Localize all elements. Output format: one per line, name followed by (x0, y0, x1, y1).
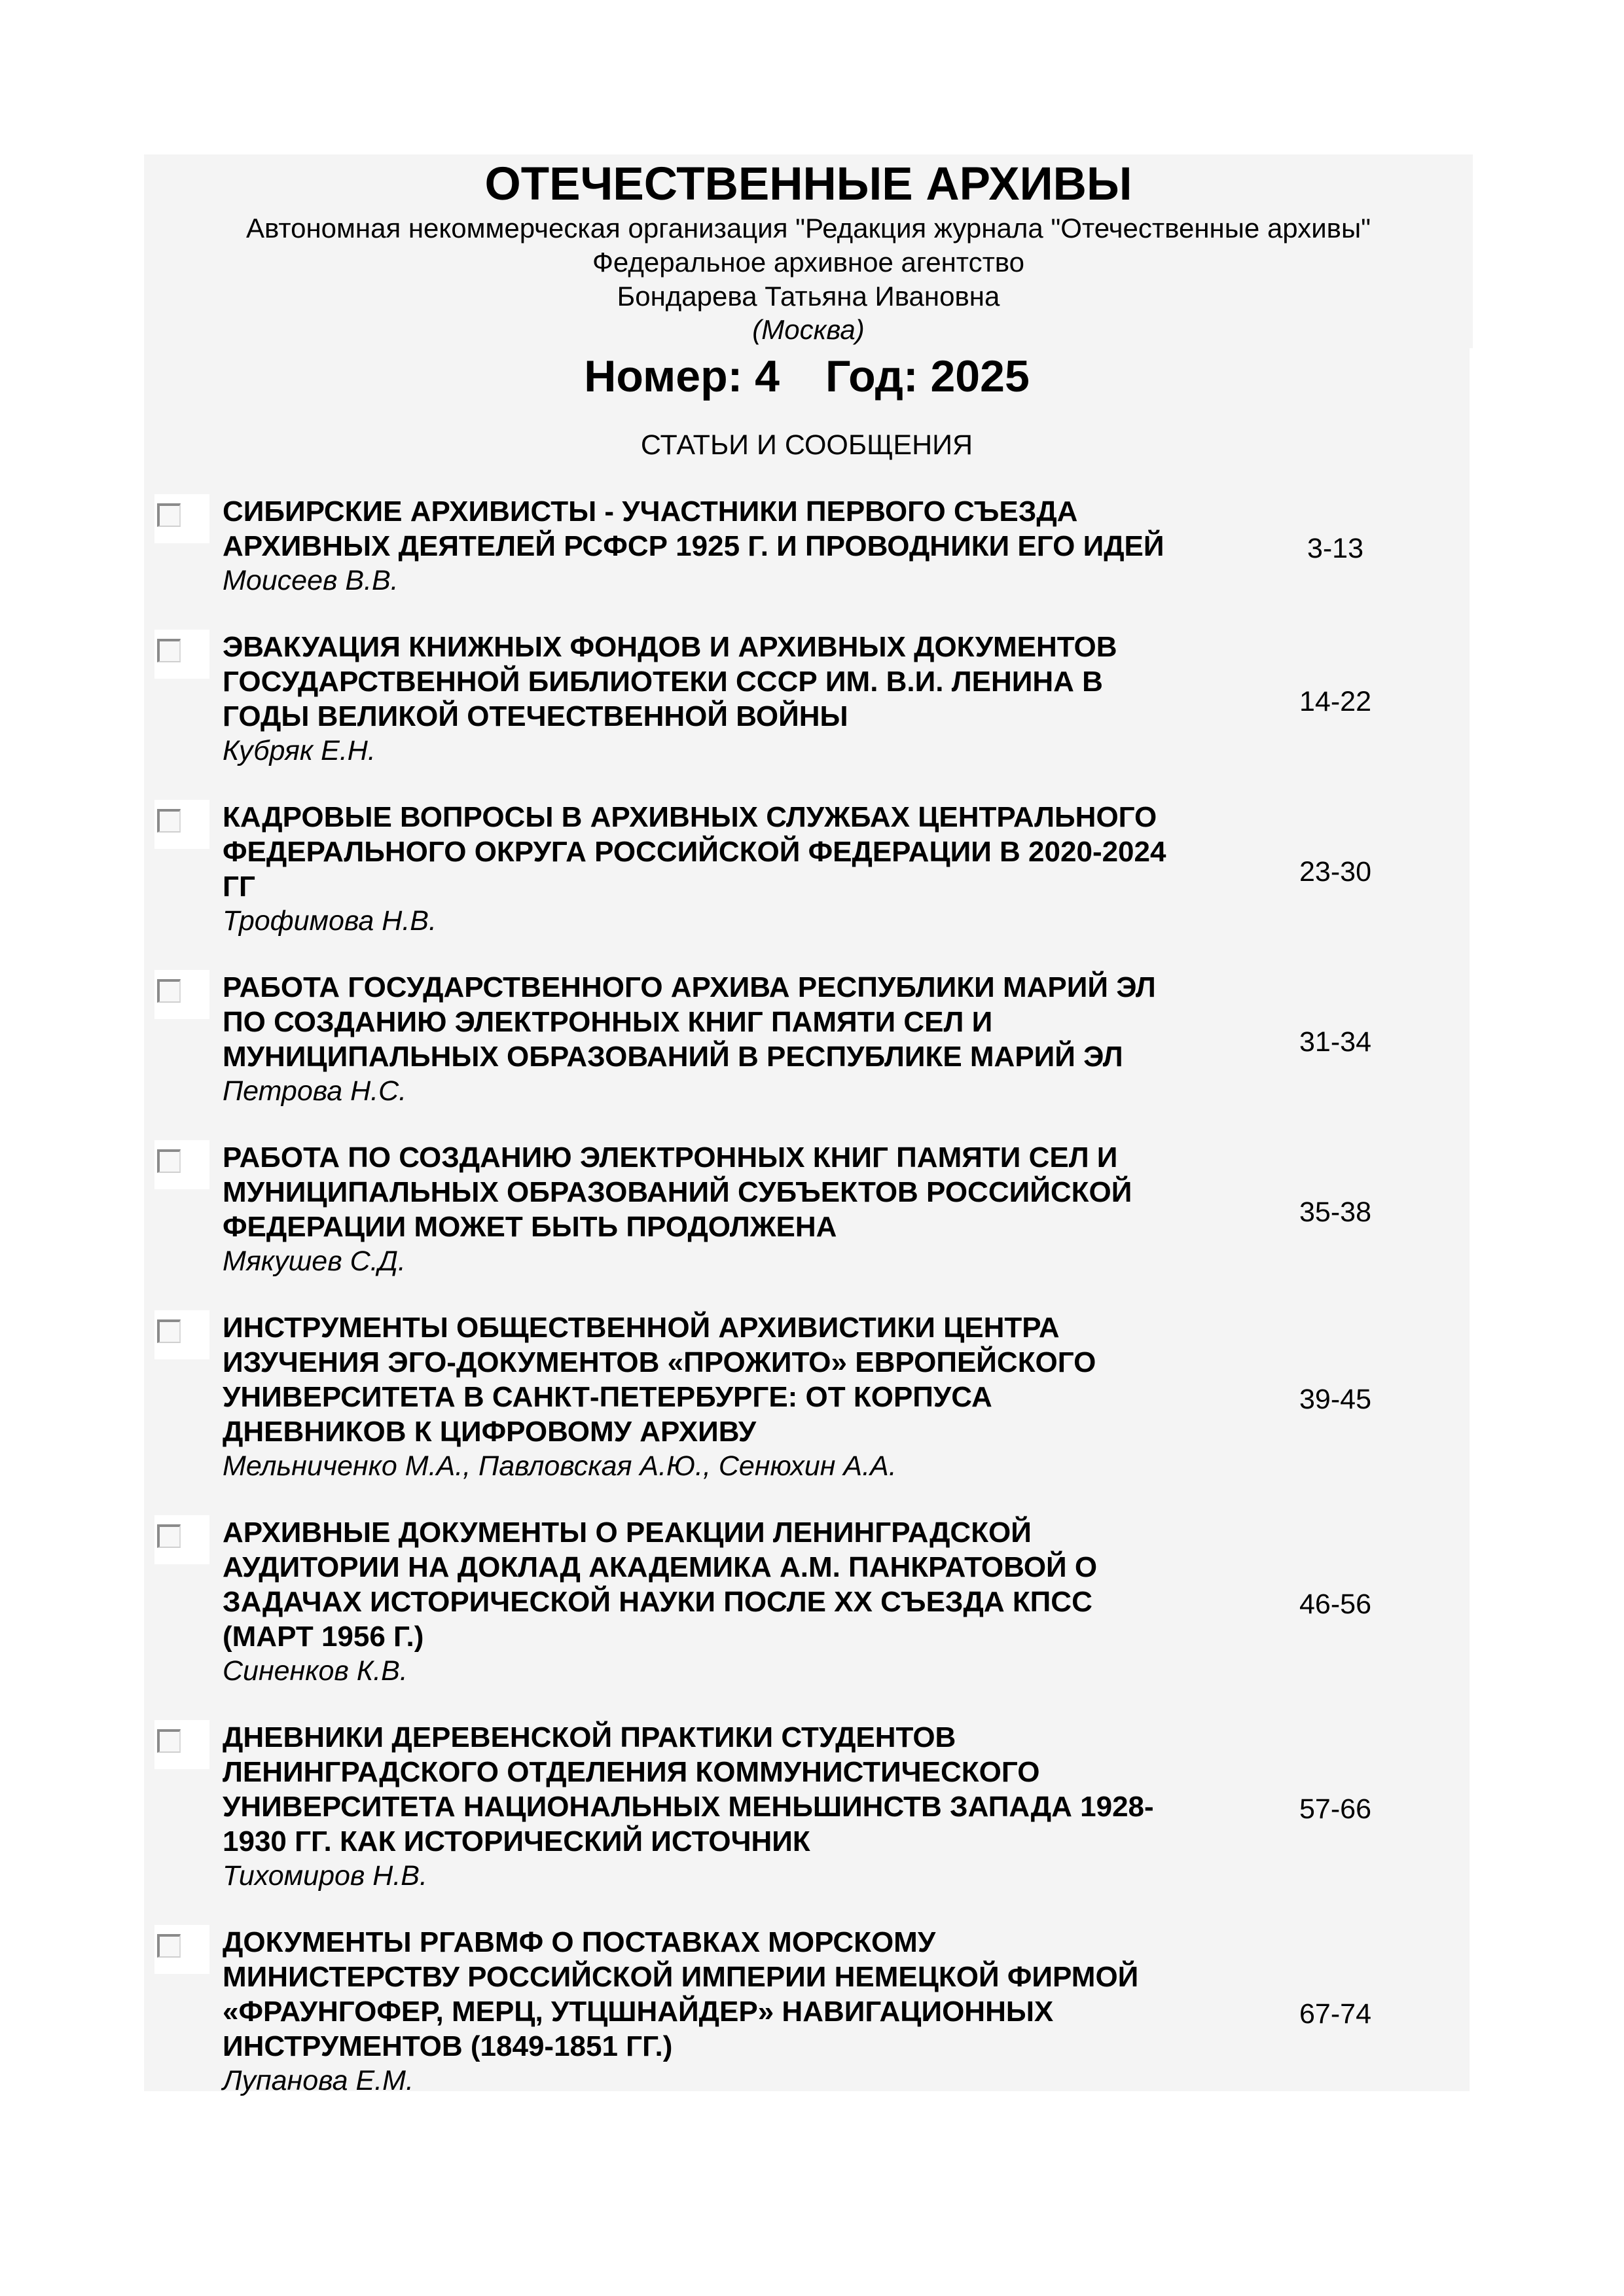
article-pages: 23-30 (1270, 855, 1401, 889)
article-title[interactable]: ЭВАКУАЦИЯ КНИЖНЫХ ФОНДОВ И АРХИВНЫХ ДОКУ… (223, 630, 1270, 734)
publisher: Автономная некоммерческая организация "Р… (144, 211, 1473, 245)
checkbox-container (154, 494, 209, 543)
article-pages: 3-13 (1270, 531, 1401, 566)
article-authors: Мельниченко М.А., Павловская А.Ю., Сенюх… (223, 1449, 897, 1484)
article-pages: 14-22 (1270, 685, 1401, 719)
article-title[interactable]: ДНЕВНИКИ ДЕРЕВЕНСКОЙ ПРАКТИКИ СТУДЕНТОВ … (223, 1720, 1270, 1859)
article-checkbox[interactable] (157, 1149, 181, 1173)
checkbox-container (154, 800, 209, 849)
contents-panel: Номер: 4Год: 2025 СТАТЬИ И СООБЩЕНИЯ СИБ… (144, 347, 1470, 2091)
article-pages: 39-45 (1270, 1382, 1401, 1417)
article-authors: Моисеев В.В. (223, 564, 399, 598)
article-pages: 46-56 (1270, 1587, 1401, 1622)
checkbox-container (154, 630, 209, 679)
checkbox-container (154, 1720, 209, 1769)
issue-year: Год: 2025 (825, 351, 1030, 401)
article-title[interactable]: КАДРОВЫЕ ВОПРОСЫ В АРХИВНЫХ СЛУЖБАХ ЦЕНТ… (223, 800, 1270, 904)
checkbox-container (154, 970, 209, 1019)
article-authors: Синенков К.В. (223, 1654, 408, 1689)
article-checkbox[interactable] (157, 1319, 181, 1343)
article-pages: 67-74 (1270, 1997, 1401, 2032)
city: (Москва) (144, 313, 1473, 347)
checkbox-container (154, 1515, 209, 1564)
article-pages: 57-66 (1270, 1792, 1401, 1827)
article-pages: 31-34 (1270, 1025, 1401, 1060)
article-title[interactable]: РАБОТА ГОСУДАРСТВЕННОГО АРХИВА РЕСПУБЛИК… (223, 970, 1270, 1074)
issue-number: Номер: 4 (584, 351, 780, 401)
article-pages: 35-38 (1270, 1195, 1401, 1230)
section-title: СТАТЬИ И СООБЩЕНИЯ (144, 427, 1470, 463)
article-checkbox[interactable] (157, 639, 181, 662)
article-checkbox[interactable] (157, 503, 181, 527)
article-authors: Лупанова Е.М. (223, 2064, 414, 2098)
article-authors: Тихомиров Н.В. (223, 1859, 427, 1893)
article-title[interactable]: СИБИРСКИЕ АРХИВИСТЫ - УЧАСТНИКИ ПЕРВОГО … (223, 494, 1270, 564)
article-title[interactable]: РАБОТА ПО СОЗДАНИЮ ЭЛЕКТРОННЫХ КНИГ ПАМЯ… (223, 1140, 1270, 1244)
article-title[interactable]: ИНСТРУМЕНТЫ ОБЩЕСТВЕННОЙ АРХИВИСТИКИ ЦЕН… (223, 1310, 1270, 1449)
editor: Бондарева Татьяна Ивановна (144, 279, 1473, 314)
journal-header: ОТЕЧЕСТВЕННЫЕ АРХИВЫ Автономная некоммер… (144, 154, 1473, 348)
article-authors: Петрова Н.С. (223, 1074, 406, 1109)
article-checkbox[interactable] (157, 1524, 181, 1548)
article-checkbox[interactable] (157, 809, 181, 833)
article-authors: Мякушев С.Д. (223, 1244, 406, 1279)
article-authors: Кубряк Е.Н. (223, 734, 376, 768)
checkbox-container (154, 1310, 209, 1359)
journal-title: ОТЕЧЕСТВЕННЫЕ АРХИВЫ (144, 158, 1473, 211)
article-checkbox[interactable] (157, 1729, 181, 1753)
article-checkbox[interactable] (157, 979, 181, 1003)
article-authors: Трофимова Н.В. (223, 904, 437, 939)
article-title[interactable]: АРХИВНЫЕ ДОКУМЕНТЫ О РЕАКЦИИ ЛЕНИНГРАДСК… (223, 1515, 1270, 1654)
checkbox-container (154, 1140, 209, 1189)
article-title[interactable]: ДОКУМЕНТЫ РГАВМФ О ПОСТАВКАХ МОРСКОМУ МИ… (223, 1925, 1270, 2064)
founder: Федеральное архивное агентство (144, 245, 1473, 279)
issue-info: Номер: 4Год: 2025 (144, 347, 1470, 406)
checkbox-container (154, 1925, 209, 1974)
article-checkbox[interactable] (157, 1934, 181, 1958)
